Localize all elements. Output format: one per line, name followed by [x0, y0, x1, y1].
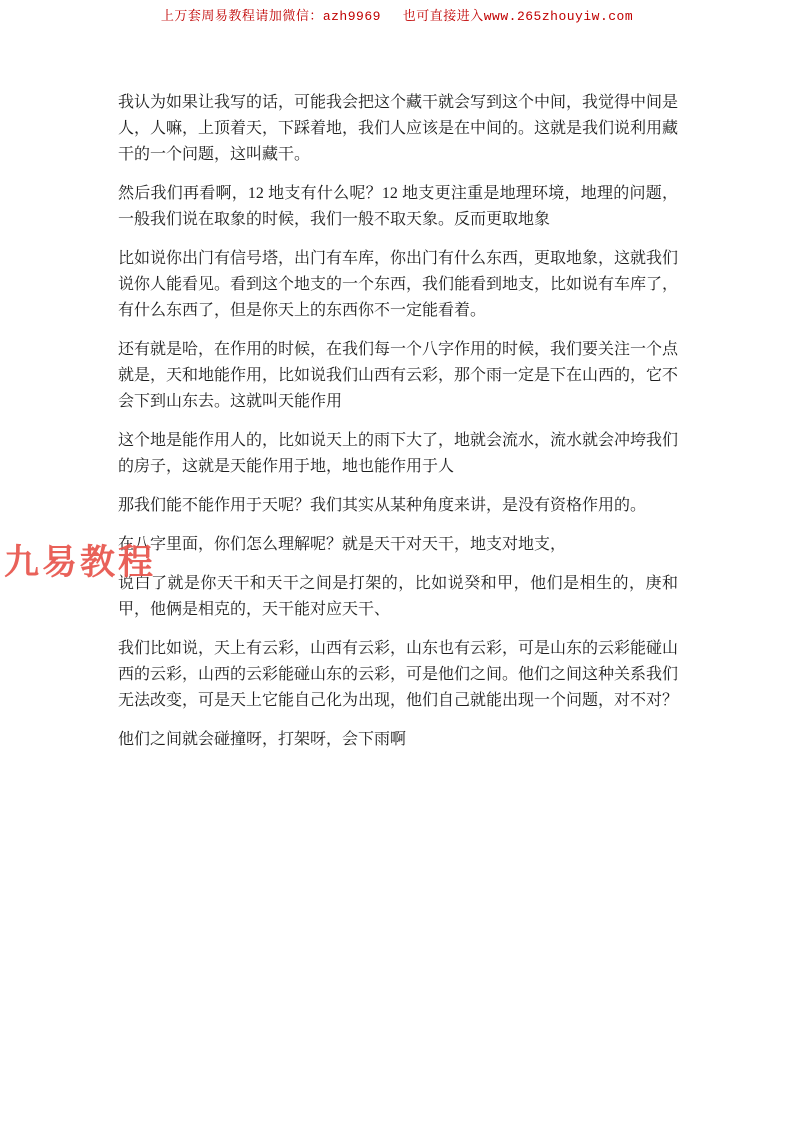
watermark: 九易教程 — [4, 543, 156, 583]
paragraph: 说白了就是你天干和天干之间是打架的，比如说癸和甲，他们是相生的，庚和甲，他俩是相… — [118, 571, 678, 623]
paragraph: 这个地是能作用人的，比如说天上的雨下大了，地就会流水，流水就会冲垮我们的房子，这… — [118, 428, 678, 480]
paragraph: 那我们能不能作用于天呢？我们其实从某种角度来讲，是没有资格作用的。 — [118, 493, 678, 519]
paragraph: 还有就是哈，在作用的时候，在我们每一个八字作用的时候，我们要关注一个点就是，天和… — [118, 337, 678, 415]
paragraph: 他们之间就会碰撞呀，打架呀，会下雨啊 — [118, 727, 678, 753]
paragraph: 然后我们再看啊，12 地支有什么呢？12 地支更注重是地理环境，地理的问题，一般… — [118, 181, 678, 233]
document-page: 上万套周易教程请加微信：azh9969 也可直接进入www.265zhouyiw… — [0, 0, 794, 1123]
paragraph: 我们比如说，天上有云彩，山西有云彩，山东也有云彩，可是山东的云彩能碰山西的云彩，… — [118, 636, 678, 714]
paragraph: 我认为如果让我写的话，可能我会把这个藏干就会写到这个中间，我觉得中间是人，人嘛，… — [118, 90, 678, 168]
promo-header-text: 上万套周易教程请加微信：azh9969 也可直接进入www.265zhouyiw… — [0, 8, 794, 26]
paragraph: 在八字里面，你们怎么理解呢？就是天干对天干，地支对地支， — [118, 532, 678, 558]
paragraph: 比如说你出门有信号塔，出门有车库，你出门有什么东西，更取地象，这就我们说你人能看… — [118, 246, 678, 324]
document-body: 我认为如果让我写的话，可能我会把这个藏干就会写到这个中间，我觉得中间是人，人嘛，… — [118, 90, 678, 766]
